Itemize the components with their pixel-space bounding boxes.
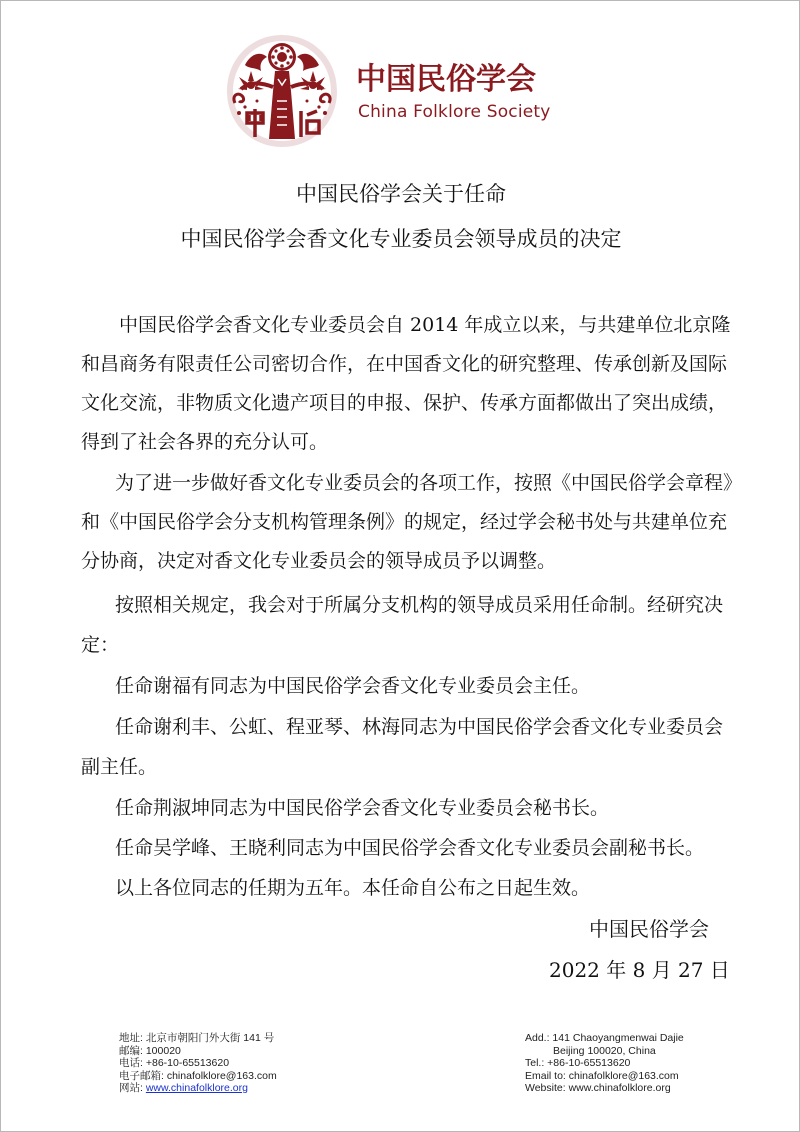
en-address-line-1: Add.: 141 Chaoyangmenwai Dajie [525,1032,684,1045]
org-name-cn: 中国民俗学会 [356,61,536,99]
paragraph-2-line-2: 和《中国民俗学会分支机构管理条例》的规定，经过学会秘书处与共建单位充 [81,510,727,534]
letter-page: 中国民俗学会 China Folklore Society 中国民俗学会关于任命… [0,0,800,1132]
address-value: 北京市朝阳门外大街 141 号 [146,1032,274,1044]
phone-value: +86-10-65513620 [146,1057,229,1069]
paragraph-1-line-2: 和昌商务有限责任公司密切合作，在中国香文化的研究整理、传承创新及国际 [81,352,727,376]
paragraph-3-line-1: 按照相关规定，我会对于所属分支机构的领导成员采用任命制。经研究决 [115,593,723,617]
footer-contact-en: Add.: 141 Chaoyangmenwai Dajie Beijing 1… [525,1032,684,1095]
org-name-en: China Folklore Society [358,101,551,123]
website-link[interactable]: www.chinafolklore.org [146,1082,248,1094]
postcode-value: 100020 [146,1045,181,1057]
paragraph-2-line-1: 为了进一步做好香文化专业委员会的各项工作，按照《中国民俗学会章程》 [115,471,742,495]
address-label: 地址: [119,1032,143,1044]
document-title-line-2: 中国民俗学会香文化专业委员会领导成员的决定 [1,225,800,253]
appointment-deputy-directors-line-1: 任命谢利丰、公虹、程亚琴、林海同志为中国民俗学会香文化专业委员会 [115,715,723,739]
email-value: chinafolklore@163.com [167,1070,277,1082]
footer-contact-cn: 地址: 北京市朝阳门外大街 141 号 邮编: 100020 电话: +86-1… [119,1032,277,1095]
appointment-deputy-secretary-general: 任命吴学峰、王晓利同志为中国民俗学会香文化专业委员会副秘书长。 [115,836,704,860]
document-title-line-1: 中国民俗学会关于任命 [1,180,800,208]
signature-date: 2022 年 8 月 27 日 [549,957,730,983]
paragraph-3-line-2: 定： [81,633,119,657]
postcode-label: 邮编: [119,1045,143,1057]
paragraph-1-line-3: 文化交流，非物质文化遗产项目的申报、保护、传承方面都做出了突出成绩， [81,391,727,415]
en-website: Website: www.chinafolklore.org [525,1082,684,1095]
term-statement: 以上各位同志的任期为五年。本任命自公布之日起生效。 [115,876,590,900]
paragraph-1-line-1: 中国民俗学会香文化专业委员会自 2014 年成立以来，与共建单位北京隆 [119,313,730,337]
tree-of-life-emblem-icon [225,31,339,149]
appointment-director: 任命谢福有同志为中国民俗学会香文化专业委员会主任。 [115,674,590,698]
en-email: Email to: chinafolklore@163.com [525,1070,684,1083]
en-phone: Tel.: +86-10-65513620 [525,1057,684,1070]
signature-org: 中国民俗学会 [589,916,709,942]
phone-label: 电话: [119,1057,143,1069]
appointment-secretary-general: 任命荆淑坤同志为中国民俗学会香文化专业委员会秘书长。 [115,796,609,820]
paragraph-2-line-3: 分协商，决定对香文化专业委员会的领导成员予以调整。 [81,549,556,573]
en-address-line-2: Beijing 100020, China [525,1045,684,1058]
appointment-deputy-directors-line-2: 副主任。 [81,755,157,779]
website-label: 网站: [119,1082,143,1094]
email-label: 电子邮箱: [119,1070,164,1082]
paragraph-1-line-4: 得到了社会各界的充分认可。 [81,430,328,454]
